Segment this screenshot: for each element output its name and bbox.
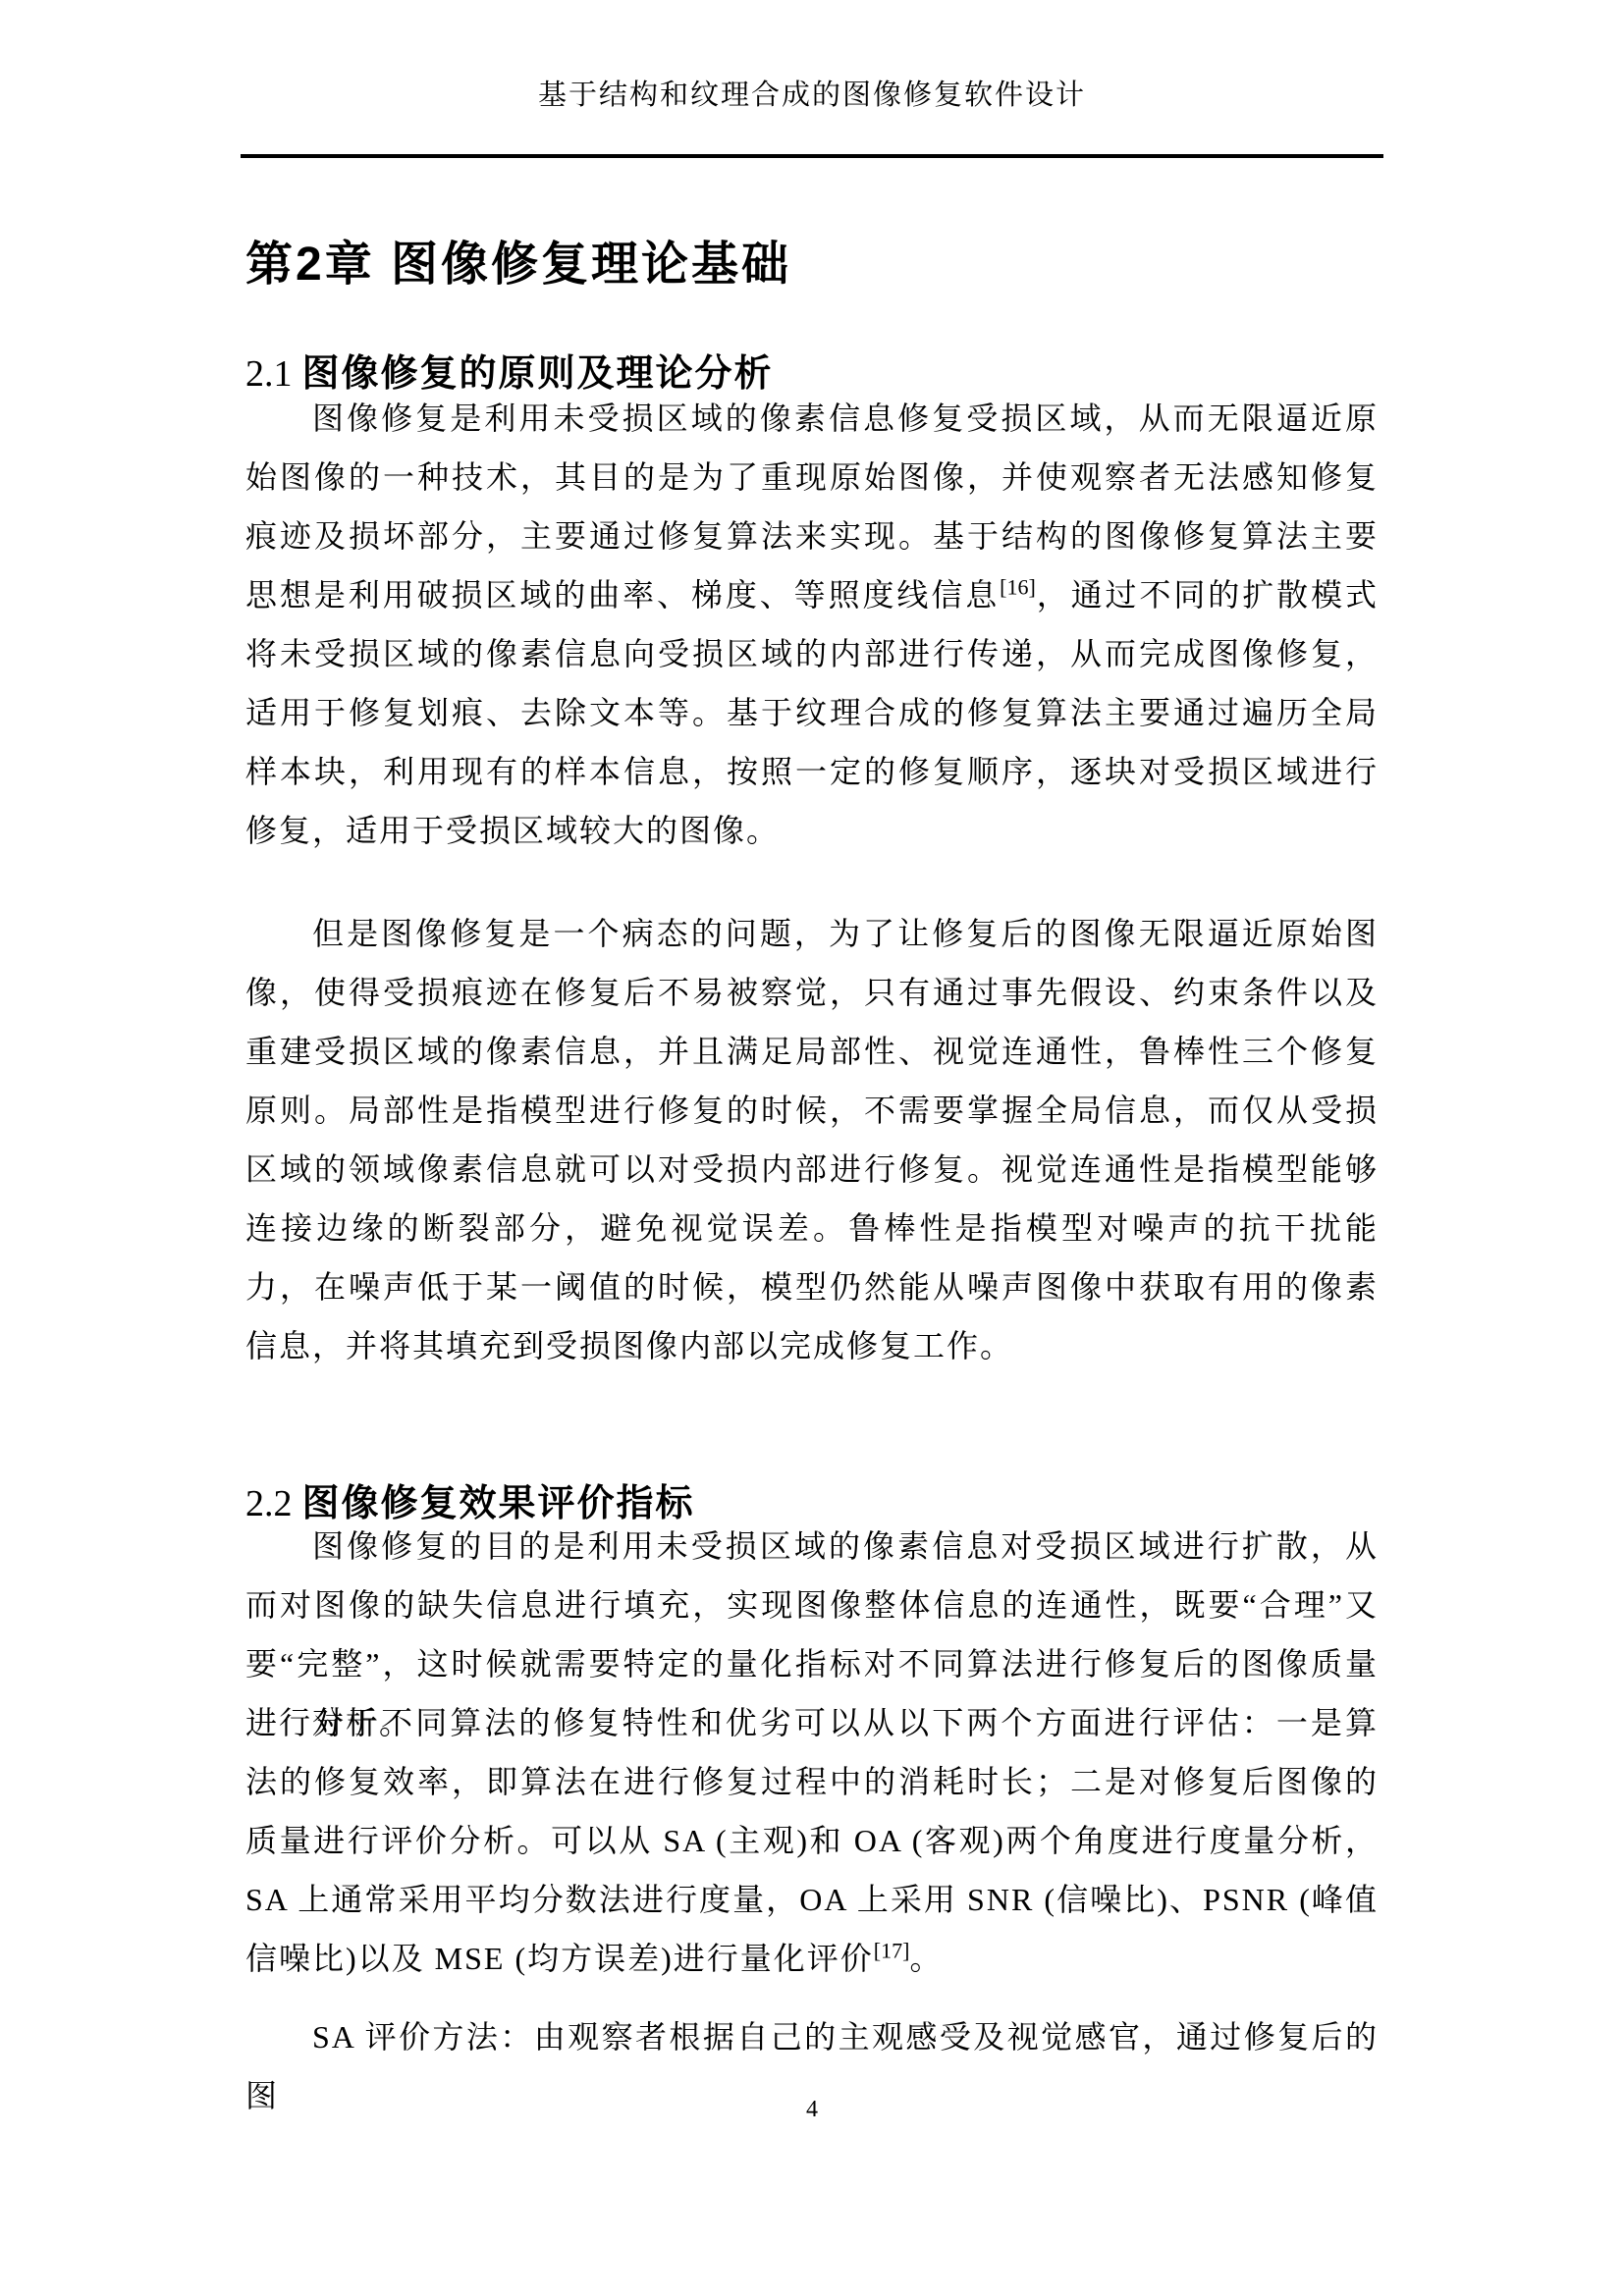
citation-ref: [17] — [874, 1938, 910, 1962]
document-page: 基于结构和纹理合成的图像修复软件设计 第2章 图像修复理论基础 2.1图像修复的… — [0, 0, 1624, 2296]
running-header: 基于结构和纹理合成的图像修复软件设计 — [0, 79, 1624, 112]
page-number: 4 — [0, 2097, 1624, 2123]
paragraph: 对于不同算法的修复特性和优劣可以从以下两个方面进行评估：一是算法的修复效率，即算… — [245, 1693, 1379, 1988]
paragraph: 但是图像修复是一个病态的问题，为了让修复后的图像无限逼近原始图像，使得受损痕迹在… — [245, 904, 1379, 1375]
citation-ref: [16] — [1000, 574, 1036, 599]
paragraph: 图像修复是利用未受损区域的像素信息修复受损区域，从而无限逼近原始图像的一种技术，… — [245, 389, 1379, 860]
chapter-title: 第2章 图像修复理论基础 — [245, 238, 791, 293]
header-divider — [241, 154, 1383, 158]
